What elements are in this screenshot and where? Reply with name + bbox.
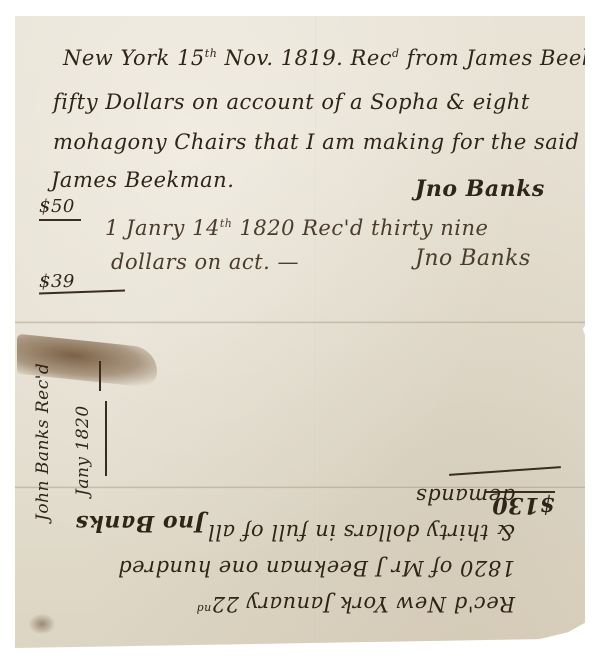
receipt-3-upside-down: $130 Rec'd New York January 22nd 1820 of…: [15, 16, 585, 648]
receipt-3-line-2: 1820 of Mr J Beekman one hundred: [118, 556, 515, 580]
document-paper: New York 15th Nov. 1819. Recd from James…: [15, 16, 585, 648]
signature: Jno Banks: [75, 510, 205, 536]
receipt-3-line-3: & thirty dollars in full of all: [208, 520, 515, 544]
receipt-3-line-1: Rec'd New York January 22nd: [196, 592, 515, 616]
receipt-3-line-4: demands: [415, 484, 515, 508]
amount-box-line: [449, 467, 561, 476]
